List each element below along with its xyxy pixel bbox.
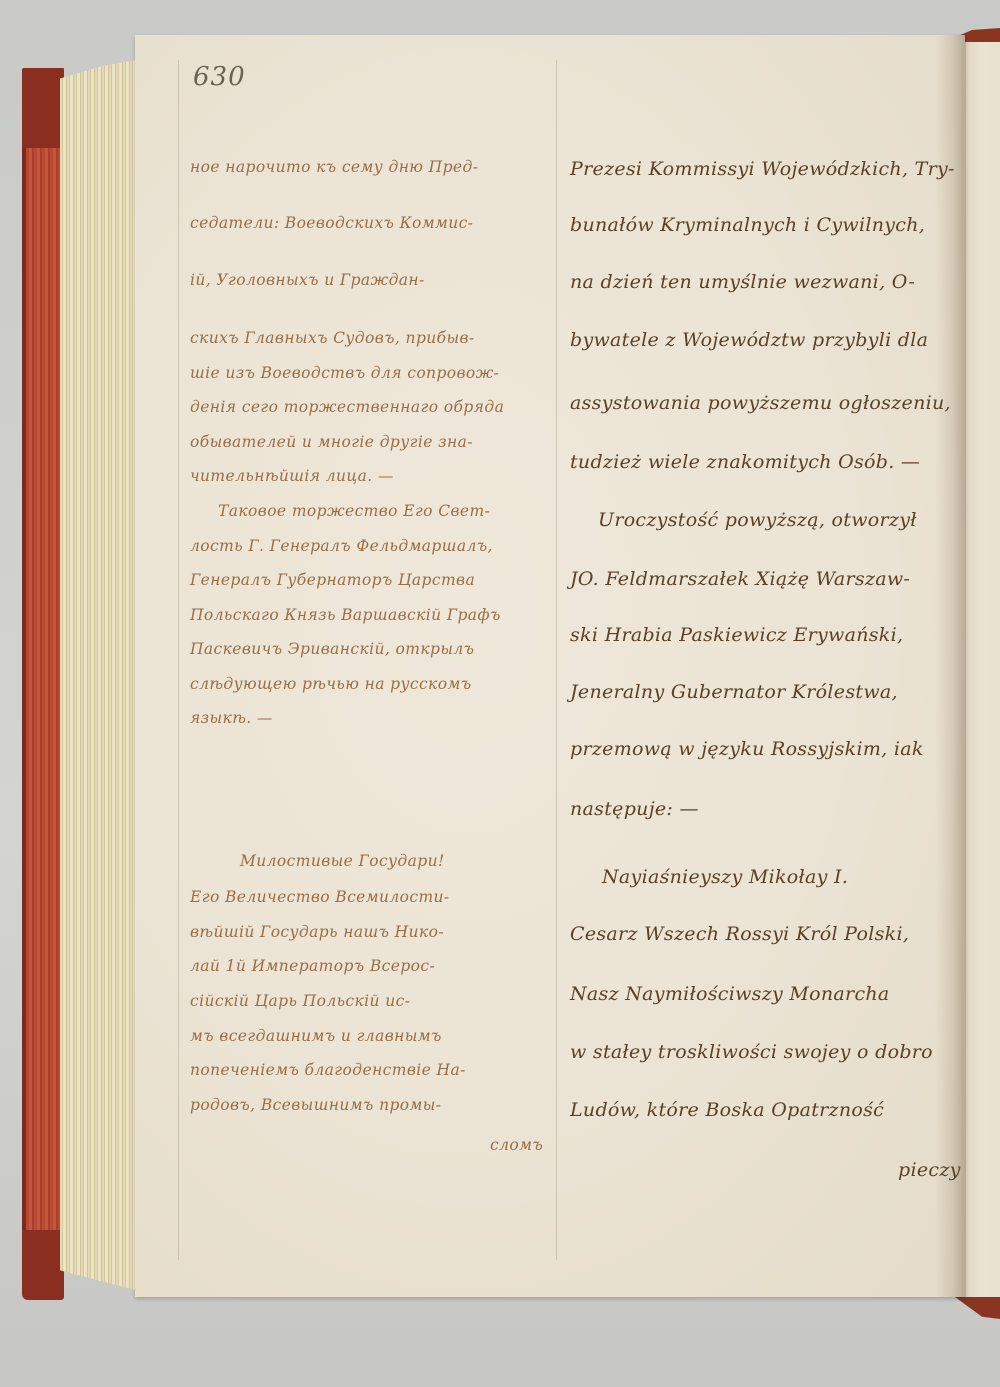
manuscript-line: Генералъ Губернаторъ Царства bbox=[190, 571, 475, 589]
manuscript-line: слѣдующею рѣчью на русскомъ bbox=[190, 675, 471, 693]
manuscript-line: Nasz Naymiłościwszy Monarcha bbox=[570, 983, 890, 1005]
manuscript-line: мъ всегдашнимъ и главнымъ bbox=[190, 1027, 442, 1045]
manuscript-line: tudzież wiele znakomitych Osób. — bbox=[570, 451, 920, 473]
manuscript-line: попеченіемъ благоденствіе На- bbox=[190, 1061, 466, 1079]
facing-page-edge bbox=[965, 42, 1000, 1304]
manuscript-line: лай 1й Императоръ Всерос- bbox=[190, 957, 435, 975]
manuscript-line: Prezesi Kommissyi Wojewódzkich, Try- bbox=[570, 158, 955, 180]
manuscript-line: ное нарочито къ сему дню Пред- bbox=[190, 158, 478, 176]
manuscript-line: Его Величество Всемилости- bbox=[190, 888, 450, 906]
manuscript-line: Cesarz Wszech Rossyi Król Polski, bbox=[570, 923, 909, 945]
manuscript-line: родовъ, Всевышнимъ промы- bbox=[190, 1096, 441, 1114]
gutter-shadow bbox=[935, 35, 965, 1297]
manuscript-line: денія сего торжественнаго обряда bbox=[190, 398, 504, 416]
left-margin-rule bbox=[178, 60, 179, 1260]
manuscript-line: bunałów Kryminalnych i Cywilnych, bbox=[570, 214, 925, 236]
manuscript-line: Паскевичъ Эриванскій, открылъ bbox=[190, 640, 474, 658]
manuscript-line: лость Г. Генералъ Фельдмаршалъ, bbox=[190, 537, 493, 555]
page-number: 630 bbox=[193, 62, 246, 92]
manuscript-line: przemową w języku Rossyjskim, iak bbox=[570, 738, 924, 760]
manuscript-line: Uroczystość powyższą, otworzył bbox=[598, 509, 917, 531]
manuscript-line: Польскаго Князь Варшавскій Графъ bbox=[190, 606, 501, 624]
manuscript-line: Nayiaśnieyszy Mikołay I. bbox=[602, 866, 848, 888]
manuscript-line: ій, Уголовныхъ и Граждан- bbox=[190, 271, 425, 289]
manuscript-line: na dzień ten umyślnie wezwani, O- bbox=[570, 271, 915, 293]
manuscript-line: JO. Feldmarszałek Xiążę Warszaw- bbox=[570, 568, 910, 590]
book-cover-left-corner-bottom bbox=[22, 1230, 64, 1300]
manuscript-line: Ludów, które Boska Opatrzność bbox=[570, 1099, 884, 1121]
manuscript-line: языкѣ. — bbox=[190, 709, 273, 727]
manuscript-line: сійскій Царь Польскій ис- bbox=[190, 992, 410, 1010]
manuscript-line: обывателей и многіе другіе зна- bbox=[190, 433, 473, 451]
manuscript-line: ski Hrabia Paskiewicz Erywański, bbox=[570, 624, 903, 646]
manuscript-line: сломъ bbox=[490, 1136, 543, 1154]
manuscript-line: Таковое торжество Его Свет- bbox=[218, 502, 490, 520]
manuscript-line: pieczy bbox=[898, 1159, 961, 1181]
manuscript-line: bywatele z Województw przybyli dla bbox=[570, 329, 928, 351]
manuscript-line: шіе изъ Воеводствъ для сопровож- bbox=[190, 364, 499, 382]
manuscript-line: assystowania powyższemu ogłoszeniu, bbox=[570, 392, 951, 414]
column-divider-rule bbox=[556, 60, 557, 1260]
manuscript-line: скихъ Главныхъ Судовъ, прибыв- bbox=[190, 329, 475, 347]
stacked-page-edges bbox=[60, 60, 136, 1290]
manuscript-line: седатели: Воеводскихъ Коммис- bbox=[190, 214, 473, 232]
book-cover-left-spine bbox=[22, 68, 64, 1293]
manuscript-line: Милостивые Государи! bbox=[240, 852, 445, 870]
book-cover-left-corner-top bbox=[22, 68, 64, 148]
manuscript-line: вѣйшій Государь нашъ Нико- bbox=[190, 923, 444, 941]
manuscript-line: чительнѣйшія лица. — bbox=[190, 467, 394, 485]
manuscript-line: następuje: — bbox=[570, 798, 699, 820]
manuscript-line: Jeneralny Gubernator Królestwa, bbox=[570, 681, 898, 703]
manuscript-line: w stałey troskliwości swojey o dobro bbox=[570, 1041, 933, 1063]
